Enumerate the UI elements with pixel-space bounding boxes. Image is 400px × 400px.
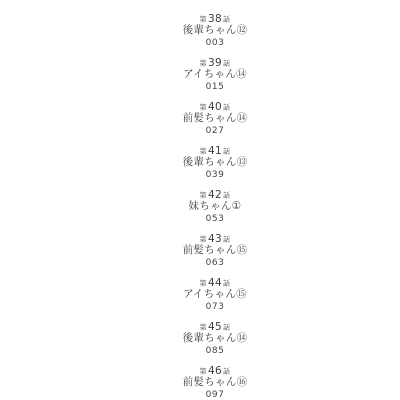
chapter-title: 前髪ちゃん⑯ bbox=[30, 375, 400, 389]
chapter-label: 第42話 bbox=[30, 187, 400, 199]
toc-page: 第38話 後輩ちゃん⑫ 003 第39話 アイちゃん⑭ 015 第40話 前髪ち… bbox=[0, 0, 400, 400]
chapter-title: 後輩ちゃん⑬ bbox=[30, 155, 400, 169]
chapter-page-number: 085 bbox=[30, 345, 400, 357]
toc-entry: 第38話 後輩ちゃん⑫ 003 bbox=[30, 11, 400, 49]
chapter-page-number: 073 bbox=[30, 301, 400, 313]
chapter-title: 前髪ちゃん⑭ bbox=[30, 111, 400, 125]
chapter-title: 妹ちゃん① bbox=[30, 199, 400, 213]
table-of-contents: 第38話 後輩ちゃん⑫ 003 第39話 アイちゃん⑭ 015 第40話 前髪ち… bbox=[0, 11, 400, 400]
toc-entry: 第44話 アイちゃん⑮ 073 bbox=[30, 275, 400, 313]
toc-entry: 第40話 前髪ちゃん⑭ 027 bbox=[30, 99, 400, 137]
chapter-title: 前髪ちゃん⑮ bbox=[30, 243, 400, 257]
chapter-label: 第46話 bbox=[30, 363, 400, 375]
toc-entry: 第41話 後輩ちゃん⑬ 039 bbox=[30, 143, 400, 181]
chapter-page-number: 003 bbox=[30, 37, 400, 49]
toc-entry: 第42話 妹ちゃん① 053 bbox=[30, 187, 400, 225]
chapter-label: 第39話 bbox=[30, 55, 400, 67]
chapter-label: 第40話 bbox=[30, 99, 400, 111]
chapter-title: アイちゃん⑮ bbox=[30, 287, 400, 301]
chapter-page-number: 039 bbox=[30, 169, 400, 181]
chapter-label: 第41話 bbox=[30, 143, 400, 155]
chapter-page-number: 063 bbox=[30, 257, 400, 269]
chapter-title: 後輩ちゃん⑭ bbox=[30, 331, 400, 345]
toc-entry: 第45話 後輩ちゃん⑭ 085 bbox=[30, 319, 400, 357]
chapter-label: 第43話 bbox=[30, 231, 400, 243]
chapter-title: アイちゃん⑭ bbox=[30, 67, 400, 81]
chapter-label: 第38話 bbox=[30, 11, 400, 23]
chapter-page-number: 053 bbox=[30, 213, 400, 225]
toc-entry: 第39話 アイちゃん⑭ 015 bbox=[30, 55, 400, 93]
chapter-page-number: 027 bbox=[30, 125, 400, 137]
chapter-label: 第44話 bbox=[30, 275, 400, 287]
toc-entry: 第43話 前髪ちゃん⑮ 063 bbox=[30, 231, 400, 269]
chapter-page-number: 097 bbox=[30, 389, 400, 400]
toc-entry: 第46話 前髪ちゃん⑯ 097 bbox=[30, 363, 400, 400]
chapter-label: 第45話 bbox=[30, 319, 400, 331]
chapter-title: 後輩ちゃん⑫ bbox=[30, 23, 400, 37]
chapter-page-number: 015 bbox=[30, 81, 400, 93]
